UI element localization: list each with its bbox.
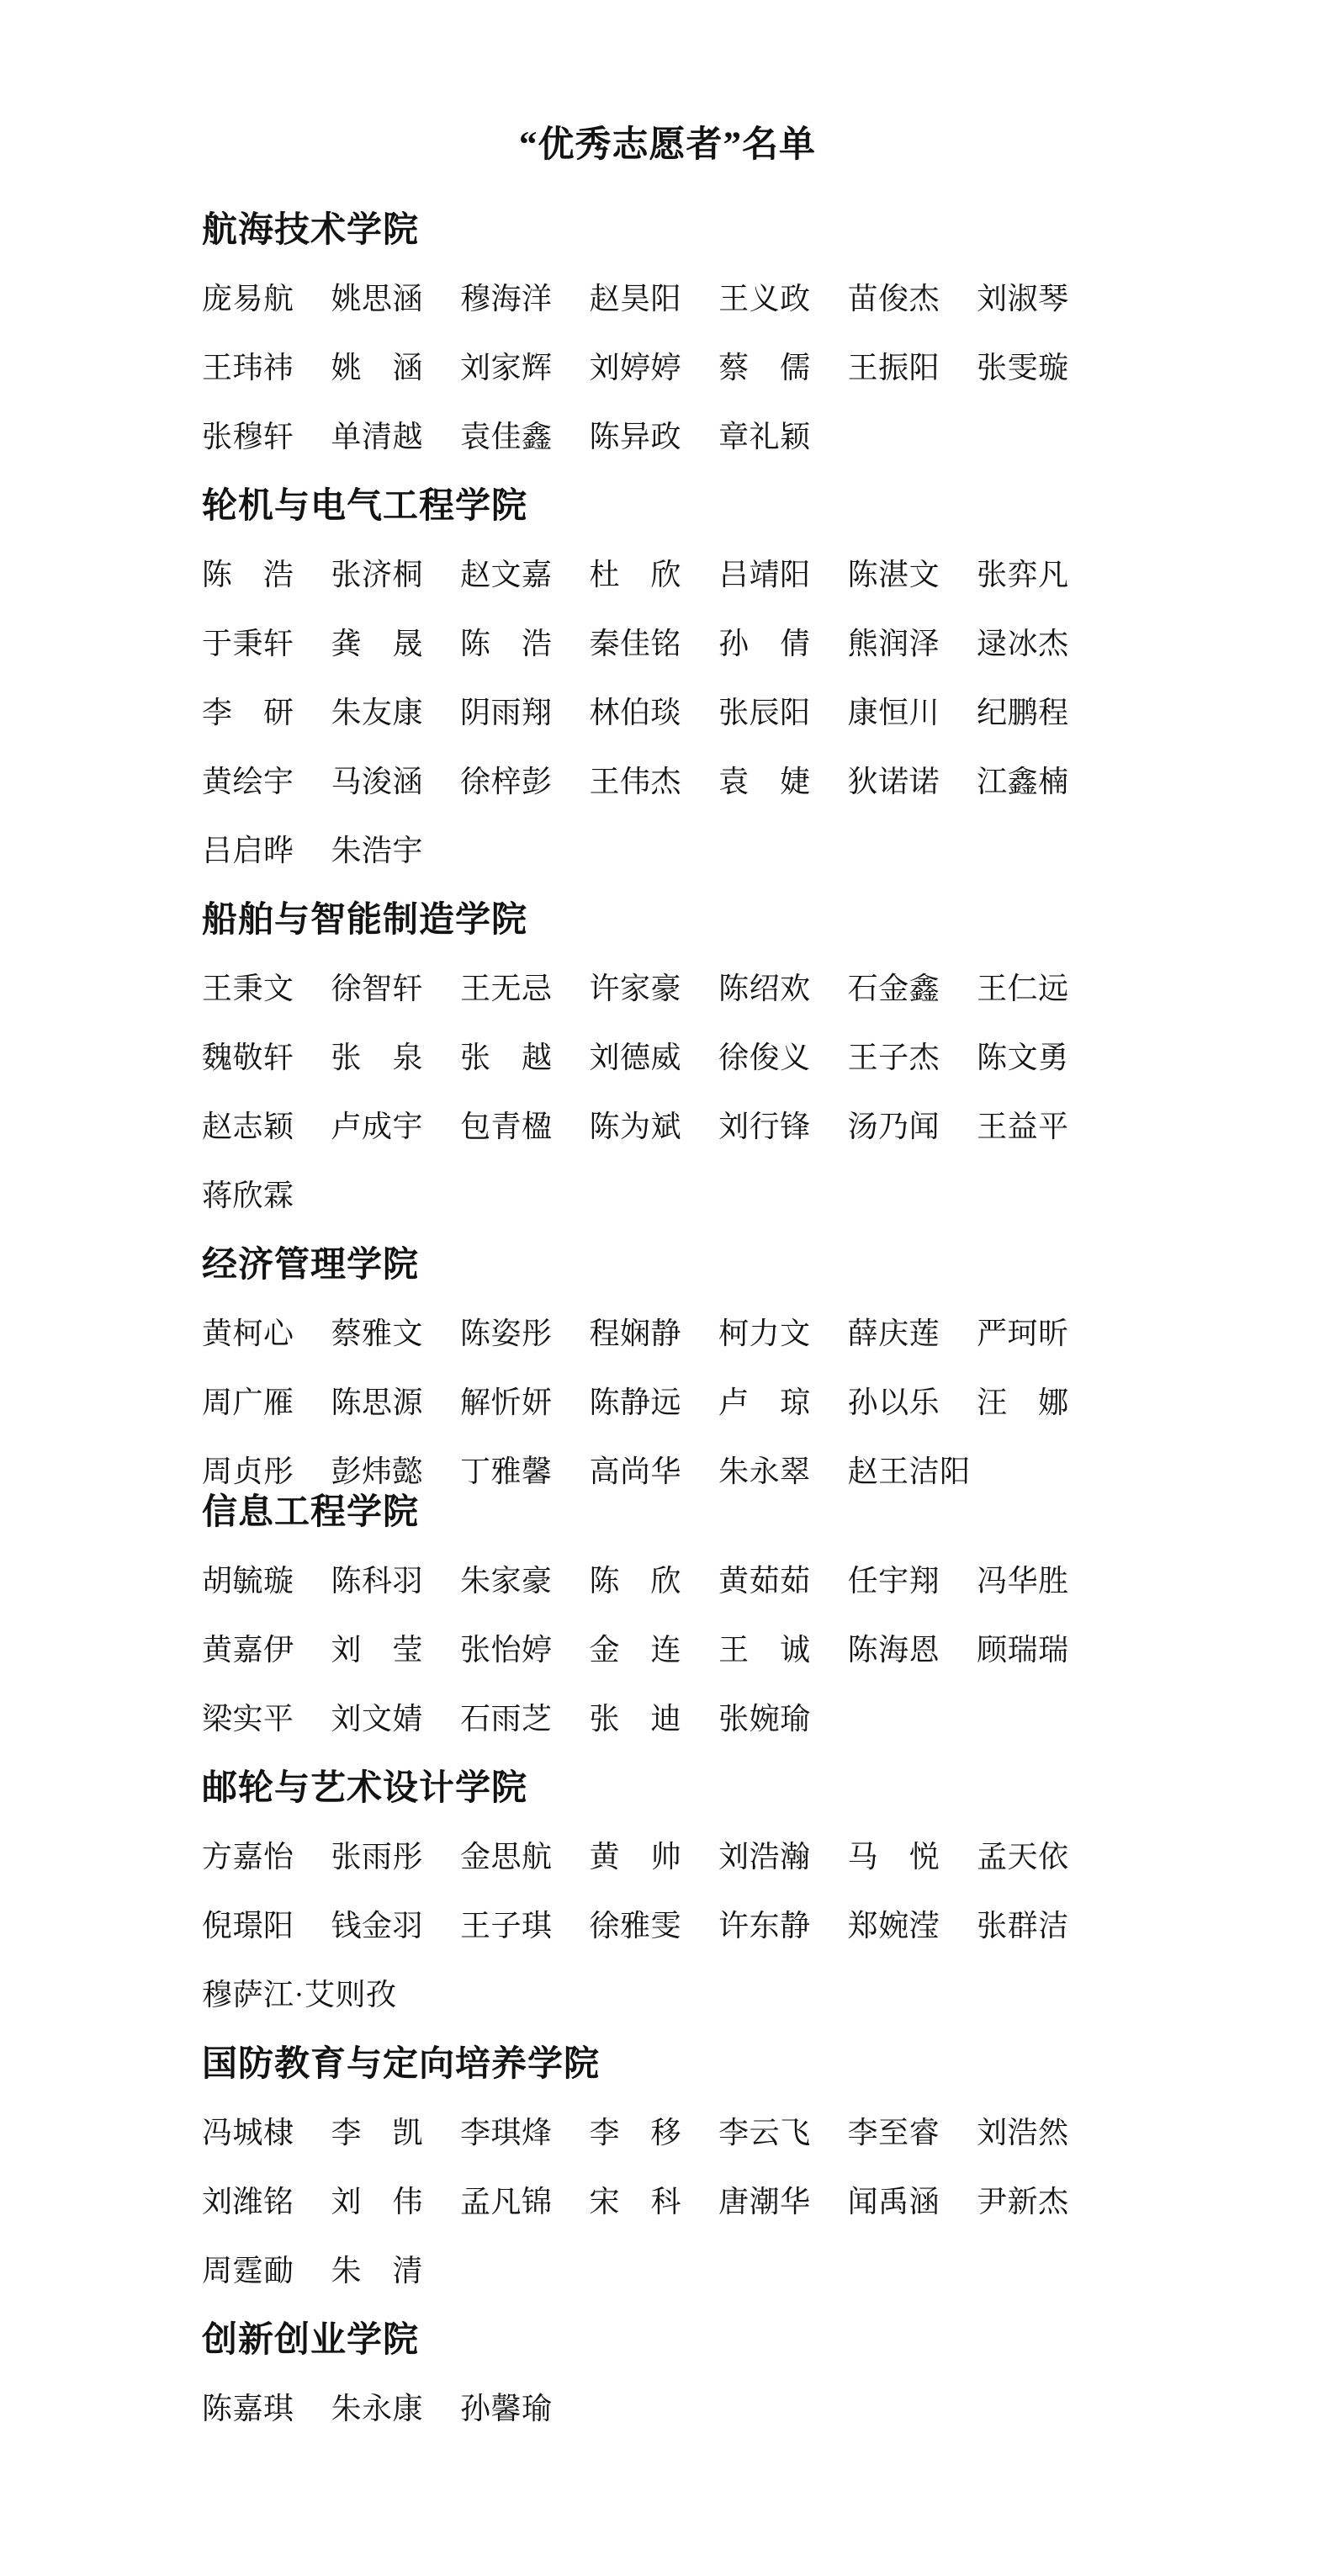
volunteer-name: 金 连 xyxy=(590,1626,682,1669)
volunteer-name: 赵文嘉 xyxy=(460,551,553,594)
volunteer-name: 袁佳鑫 xyxy=(460,413,553,456)
volunteer-name: 石雨芝 xyxy=(460,1695,553,1738)
volunteer-name: 赵志颖 xyxy=(202,1103,294,1146)
volunteer-name: 张雯璇 xyxy=(977,344,1069,387)
volunteer-name: 王益平 xyxy=(977,1103,1069,1146)
volunteer-name: 胡毓璇 xyxy=(202,1557,294,1600)
volunteer-name: 王玮祎 xyxy=(202,344,294,387)
volunteer-name: 丁雅馨 xyxy=(460,1448,553,1491)
volunteer-name: 王无忌 xyxy=(460,965,553,1008)
volunteer-name: 薛庆莲 xyxy=(848,1310,940,1353)
volunteer-name: 杜 欣 xyxy=(590,551,682,594)
volunteer-name: 穆海洋 xyxy=(460,275,553,318)
section-heading: 创新创业学院 xyxy=(202,2303,1144,2372)
volunteer-name: 王秉文 xyxy=(202,965,294,1008)
volunteer-name: 张辰阳 xyxy=(718,689,811,732)
volunteer-name: 刘文婧 xyxy=(331,1695,424,1738)
volunteer-name: 黄 帅 xyxy=(590,1833,682,1876)
volunteer-name: 陈姿彤 xyxy=(460,1310,553,1353)
section-heading: 航海技术学院 xyxy=(202,193,1144,262)
volunteer-name: 秦佳铭 xyxy=(590,620,682,663)
name-row: 蒋欣霖 xyxy=(202,1158,1144,1227)
volunteer-name: 刘潍铭 xyxy=(202,2178,294,2221)
name-row: 李 研朱友康阴雨翔林伯琰张辰阳康恒川纪鹏程 xyxy=(202,676,1144,745)
volunteer-name: 李云飞 xyxy=(718,2109,811,2152)
volunteer-name: 朱 清 xyxy=(331,2247,424,2290)
section-heading: 国防教育与定向培养学院 xyxy=(202,2027,1144,2096)
volunteer-name: 石金鑫 xyxy=(848,965,940,1008)
volunteer-name: 刘婷婷 xyxy=(590,344,682,387)
name-row: 梁实平刘文婧石雨芝张 迪张婉瑜 xyxy=(202,1682,1144,1751)
volunteer-name: 陈 浩 xyxy=(460,620,553,663)
section-heading: 经济管理学院 xyxy=(202,1227,1144,1296)
volunteer-name: 梁实平 xyxy=(202,1695,294,1738)
volunteer-name: 陈嘉琪 xyxy=(202,2385,294,2428)
volunteer-name: 李至睿 xyxy=(848,2109,940,2152)
volunteer-name: 于秉轩 xyxy=(202,620,294,663)
volunteer-name: 倪璟阳 xyxy=(202,1902,294,1945)
volunteer-name: 魏敬轩 xyxy=(202,1034,294,1077)
volunteer-name: 纪鹏程 xyxy=(977,689,1069,732)
name-row: 于秉轩龚 晟陈 浩秦佳铭孙 倩熊润泽逯冰杰 xyxy=(202,607,1144,676)
name-row: 周霆勔朱 清 xyxy=(202,2234,1144,2303)
volunteer-name: 马浚涵 xyxy=(331,758,424,801)
name-row: 周广雁陈思源解忻妍陈静远卢 琼孙以乐汪 娜 xyxy=(202,1365,1144,1434)
volunteer-name: 孙 倩 xyxy=(718,620,811,663)
volunteer-name: 王义政 xyxy=(718,275,811,318)
volunteer-name: 张雨彤 xyxy=(331,1833,424,1876)
page-title: “优秀志愿者”名单 xyxy=(0,116,1335,167)
volunteer-name: 朱永康 xyxy=(331,2385,424,2428)
volunteer-name: 吕启晔 xyxy=(202,827,294,870)
volunteer-name: 宋 科 xyxy=(590,2178,682,2221)
volunteer-name: 徐俊义 xyxy=(718,1034,811,1077)
volunteer-name: 陈静远 xyxy=(590,1379,682,1422)
volunteer-name: 林伯琰 xyxy=(590,689,682,732)
volunteer-name: 陈湛文 xyxy=(848,551,940,594)
name-row: 庞易航姚思涵穆海洋赵昊阳王义政苗俊杰刘淑琴 xyxy=(202,262,1144,331)
volunteer-name: 孟凡锦 xyxy=(460,2178,553,2221)
volunteer-name: 李 研 xyxy=(202,689,294,732)
volunteer-name: 刘德威 xyxy=(590,1034,682,1077)
volunteer-name: 汤乃闻 xyxy=(848,1103,940,1146)
volunteer-name: 逯冰杰 xyxy=(977,620,1069,663)
name-row: 赵志颖卢成宇包青楹陈为斌刘行锋汤乃闻王益平 xyxy=(202,1089,1144,1158)
name-row: 胡毓璇陈科羽朱家豪陈 欣黄茹茹任宇翔冯华胜 xyxy=(202,1544,1144,1613)
volunteer-name: 柯力文 xyxy=(718,1310,811,1353)
volunteer-name: 冯城棣 xyxy=(202,2109,294,2152)
volunteer-name: 徐雅雯 xyxy=(590,1902,682,1945)
name-row: 穆萨江·艾则孜 xyxy=(202,1958,1144,2027)
volunteer-name: 尹新杰 xyxy=(977,2178,1069,2221)
name-row: 黄柯心蔡雅文陈姿彤程娴静柯力文薛庆莲严珂昕 xyxy=(202,1296,1144,1365)
volunteer-name: 孟天依 xyxy=(977,1833,1069,1876)
volunteer-name: 苗俊杰 xyxy=(848,275,940,318)
volunteer-name: 姚思涵 xyxy=(331,275,424,318)
volunteer-name: 陈文勇 xyxy=(977,1034,1069,1077)
volunteer-name: 钱金羽 xyxy=(331,1902,424,1945)
name-row: 陈 浩张济桐赵文嘉杜 欣吕靖阳陈湛文张弈凡 xyxy=(202,538,1144,607)
volunteer-name: 张济桐 xyxy=(331,551,424,594)
volunteer-name: 阴雨翔 xyxy=(460,689,553,732)
volunteer-name: 孙以乐 xyxy=(848,1379,940,1422)
volunteer-name: 刘浩然 xyxy=(977,2109,1069,2152)
volunteer-name: 周广雁 xyxy=(202,1379,294,1422)
volunteer-name: 许家豪 xyxy=(590,965,682,1008)
volunteer-name: 卢 琼 xyxy=(718,1379,811,1422)
volunteer-name: 顾瑞瑞 xyxy=(977,1626,1069,1669)
volunteer-name: 吕靖阳 xyxy=(718,551,811,594)
volunteer-name: 李琪烽 xyxy=(460,2109,553,2152)
volunteer-name: 马 悦 xyxy=(848,1833,940,1876)
volunteer-name: 朱友康 xyxy=(331,689,424,732)
volunteer-name: 许东静 xyxy=(718,1902,811,1945)
volunteer-name: 章礼颖 xyxy=(718,413,811,456)
volunteer-name: 张 泉 xyxy=(331,1034,424,1077)
volunteer-name: 张穆轩 xyxy=(202,413,294,456)
volunteer-name: 徐梓彭 xyxy=(460,758,553,801)
volunteer-name: 李 凯 xyxy=(331,2109,424,2152)
volunteer-name: 方嘉怡 xyxy=(202,1833,294,1876)
section-heading: 轮机与电气工程学院 xyxy=(202,469,1144,538)
volunteer-name: 汪 娜 xyxy=(977,1379,1069,1422)
volunteer-name: 陈思源 xyxy=(331,1379,424,1422)
name-row: 黄嘉伊刘 莹张怡婷金 连王 诚陈海恩顾瑞瑞 xyxy=(202,1613,1144,1682)
volunteer-name: 王子琪 xyxy=(460,1902,553,1945)
volunteer-name: 刘家辉 xyxy=(460,344,553,387)
volunteer-name: 黄茹茹 xyxy=(718,1557,811,1600)
volunteer-name: 周霆勔 xyxy=(202,2247,294,2290)
volunteer-name: 姚 涵 xyxy=(331,344,424,387)
volunteer-name: 朱永翠 xyxy=(718,1448,811,1491)
volunteer-name: 黄绘宇 xyxy=(202,758,294,801)
volunteer-name: 陈 欣 xyxy=(590,1557,682,1600)
volunteer-name: 陈异政 xyxy=(590,413,682,456)
volunteer-name: 江鑫楠 xyxy=(977,758,1069,801)
name-row: 魏敬轩张 泉张 越刘德威徐俊义王子杰陈文勇 xyxy=(202,1020,1144,1089)
section-heading: 船舶与智能制造学院 xyxy=(202,883,1144,951)
volunteer-name: 蔡雅文 xyxy=(331,1310,424,1353)
volunteer-name: 张群洁 xyxy=(977,1902,1069,1945)
name-row: 倪璟阳钱金羽王子琪徐雅雯许东静郑婉滢张群洁 xyxy=(202,1889,1144,1958)
name-row: 陈嘉琪朱永康孙馨瑜 xyxy=(202,2372,1144,2441)
volunteer-name: 熊润泽 xyxy=(848,620,940,663)
volunteer-name: 冯华胜 xyxy=(977,1557,1069,1600)
name-row: 张穆轩单清越袁佳鑫陈异政章礼颖 xyxy=(202,400,1144,469)
name-row: 方嘉怡张雨彤金思航黄 帅刘浩瀚马 悦孟天依 xyxy=(202,1820,1144,1889)
volunteer-name: 陈为斌 xyxy=(590,1103,682,1146)
volunteer-name: 穆萨江·艾则孜 xyxy=(202,1971,397,2014)
volunteer-name: 赵王洁阳 xyxy=(848,1448,971,1491)
volunteer-name: 刘行锋 xyxy=(718,1103,811,1146)
volunteer-name: 解忻妍 xyxy=(460,1379,553,1422)
volunteer-name: 赵昊阳 xyxy=(590,275,682,318)
volunteer-name: 刘淑琴 xyxy=(977,275,1069,318)
volunteer-name: 卢成宇 xyxy=(331,1103,424,1146)
volunteer-name: 狄诺诺 xyxy=(848,758,940,801)
volunteer-name: 包青楹 xyxy=(460,1103,553,1146)
volunteer-name: 刘 莹 xyxy=(331,1626,424,1669)
volunteer-name: 闻禹涵 xyxy=(848,2178,940,2221)
volunteer-name: 袁 婕 xyxy=(718,758,811,801)
volunteer-name: 王伟杰 xyxy=(590,758,682,801)
volunteer-name: 康恒川 xyxy=(848,689,940,732)
volunteer-name: 王子杰 xyxy=(848,1034,940,1077)
volunteer-name: 王 诚 xyxy=(718,1626,811,1669)
name-row: 冯城棣李 凯李琪烽李 移李云飞李至睿刘浩然 xyxy=(202,2096,1144,2165)
name-row: 王玮祎姚 涵刘家辉刘婷婷蔡 儒王振阳张雯璇 xyxy=(202,331,1144,400)
volunteer-name: 陈 浩 xyxy=(202,551,294,594)
volunteer-name: 金思航 xyxy=(460,1833,553,1876)
volunteer-name: 王仁远 xyxy=(977,965,1069,1008)
volunteer-name: 单清越 xyxy=(331,413,424,456)
volunteer-name: 朱浩宇 xyxy=(331,827,424,870)
volunteer-name: 刘浩瀚 xyxy=(718,1833,811,1876)
volunteer-name: 黄嘉伊 xyxy=(202,1626,294,1669)
volunteer-name: 任宇翔 xyxy=(848,1557,940,1600)
volunteer-name: 蔡 儒 xyxy=(718,344,811,387)
volunteer-name: 陈绍欢 xyxy=(718,965,811,1008)
volunteer-name: 高尚华 xyxy=(590,1448,682,1491)
volunteer-name: 张 越 xyxy=(460,1034,553,1077)
volunteer-list-document: 航海技术学院庞易航姚思涵穆海洋赵昊阳王义政苗俊杰刘淑琴王玮祎姚 涵刘家辉刘婷婷蔡… xyxy=(202,193,1144,2441)
volunteer-name: 李 移 xyxy=(590,2109,682,2152)
volunteer-name: 蒋欣霖 xyxy=(202,1172,294,1215)
volunteer-name: 张婉瑜 xyxy=(718,1695,811,1738)
volunteer-name: 张 迪 xyxy=(590,1695,682,1738)
volunteer-name: 程娴静 xyxy=(590,1310,682,1353)
volunteer-name: 唐潮华 xyxy=(718,2178,811,2221)
volunteer-name: 孙馨瑜 xyxy=(460,2385,553,2428)
volunteer-name: 严珂昕 xyxy=(977,1310,1069,1353)
volunteer-name: 龚 晟 xyxy=(331,620,424,663)
name-row: 黄绘宇马浚涵徐梓彭王伟杰袁 婕狄诺诺江鑫楠 xyxy=(202,745,1144,814)
name-row: 刘潍铭刘 伟孟凡锦宋 科唐潮华闻禹涵尹新杰 xyxy=(202,2165,1144,2234)
volunteer-name: 张怡婷 xyxy=(460,1626,553,1669)
volunteer-name: 庞易航 xyxy=(202,275,294,318)
volunteer-name: 朱家豪 xyxy=(460,1557,553,1600)
volunteer-name: 徐智轩 xyxy=(331,965,424,1008)
section-heading: 邮轮与艺术设计学院 xyxy=(202,1751,1144,1820)
name-row: 王秉文徐智轩王无忌许家豪陈绍欢石金鑫王仁远 xyxy=(202,951,1144,1020)
volunteer-name: 张弈凡 xyxy=(977,551,1069,594)
volunteer-name: 陈科羽 xyxy=(331,1557,424,1600)
name-row: 吕启晔朱浩宇 xyxy=(202,814,1144,883)
volunteer-name: 陈海恩 xyxy=(848,1626,940,1669)
volunteer-name: 郑婉滢 xyxy=(848,1902,940,1945)
volunteer-name: 刘 伟 xyxy=(331,2178,424,2221)
volunteer-name: 王振阳 xyxy=(848,344,940,387)
volunteer-name: 黄柯心 xyxy=(202,1310,294,1353)
